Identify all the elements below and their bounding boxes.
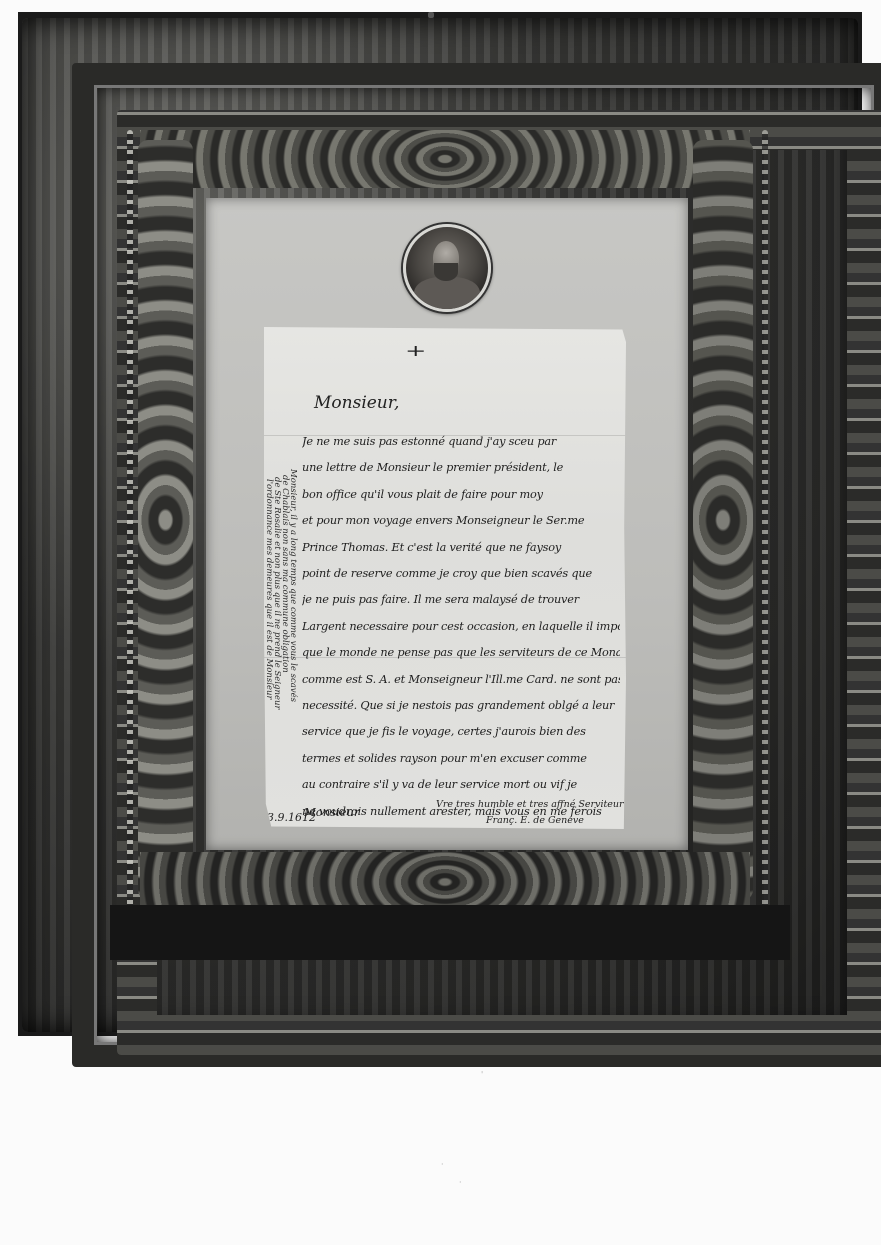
manuscript-letter: + Monsieur, Monsieur, il y a long temps … bbox=[264, 327, 626, 829]
letter-line: bon office qu'il vous plait de faire pou… bbox=[302, 482, 620, 508]
letter-line: comme est S. A. et Monseigneur l'Ill.me … bbox=[302, 667, 620, 693]
letter-line: que le monde ne pense pas que les servit… bbox=[302, 640, 620, 666]
letter-line: Je ne me suis pas estonné quand j'ay sce… bbox=[302, 429, 620, 455]
letter-line: et pour mon voyage envers Monseigneur le… bbox=[302, 508, 620, 534]
bead-molding-left bbox=[127, 130, 133, 910]
bead-molding-right bbox=[762, 130, 768, 910]
letter-line: une lettre de Monsieur le premier présid… bbox=[302, 455, 620, 481]
acanthus-carving-top bbox=[140, 130, 750, 188]
salutation: Monsieur, bbox=[314, 393, 399, 413]
signature-line-2: Franç. E. de Geneve bbox=[486, 815, 584, 826]
speck-mark: · bbox=[441, 1160, 444, 1169]
margin-note: l'ordonnance mes demeures que il est de … bbox=[264, 479, 274, 700]
acanthus-carving-bottom bbox=[140, 852, 750, 912]
signature-line-1: Vre tres humble et tres affné Serviteur bbox=[436, 799, 624, 810]
closing: Monsieur bbox=[304, 805, 359, 819]
speck-mark: · bbox=[459, 1178, 462, 1187]
portrait-robe bbox=[414, 277, 480, 312]
letter-line: au contraire s'il y va de leur service m… bbox=[302, 772, 620, 798]
letter-line: service que je fis le voyage, certes j'a… bbox=[302, 719, 620, 745]
speck-mark: ' bbox=[481, 1070, 483, 1079]
acanthus-carving-left bbox=[138, 140, 193, 900]
letter-line: point de reserve comme je croy que bien … bbox=[302, 561, 620, 587]
portrait-beard bbox=[434, 263, 458, 281]
cross-mark: + bbox=[405, 341, 426, 360]
letter-line: je ne puis pas faire. Il me sera malaysé… bbox=[302, 587, 620, 613]
margin-notes: Monsieur, il y a long temps que comme vo… bbox=[270, 469, 300, 769]
letter-line: Prince Thomas. Et c'est la verité que ne… bbox=[302, 535, 620, 561]
frame-shadow-bottom bbox=[110, 905, 790, 960]
letter-line: termes et solides rayson pour m'en excus… bbox=[302, 746, 620, 772]
acanthus-carving-right bbox=[693, 140, 753, 900]
miniature-portrait bbox=[403, 224, 491, 312]
letter-line: Largent necessaire pour cest occasion, e… bbox=[302, 614, 620, 640]
letter-line: necessité. Que si je nestois pas grandem… bbox=[302, 693, 620, 719]
